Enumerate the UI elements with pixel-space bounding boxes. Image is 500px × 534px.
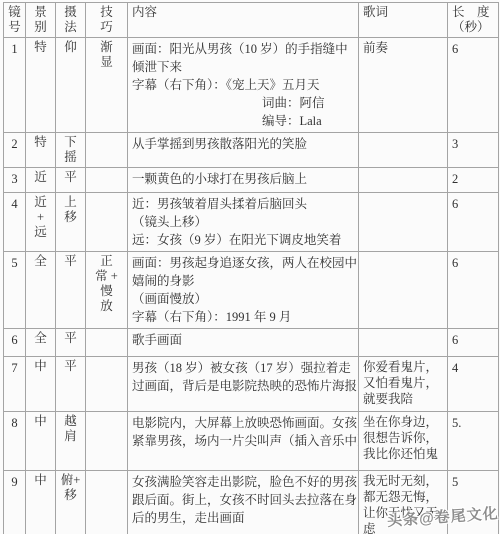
duration-cell: 6: [448, 329, 499, 357]
header-lyrics: 歌词: [359, 3, 448, 38]
content-cell: 一颗黄色的小球打在男孩后脑上: [128, 168, 359, 193]
lyrics-cell: [359, 329, 448, 357]
content-lines: 画面：阳光从男孩（10 岁）的手指缝中倾泄下来字幕（右下角）：《宠上天》五月天: [132, 40, 354, 94]
shot-scale: 近: [26, 168, 56, 193]
storyboard-sheet: 镜号 景别 摄法 技巧 内容 歌词 长 度（秒） 1 特 仰 渐显 画面：阳光从…: [3, 2, 499, 534]
duration-cell: 6: [448, 193, 499, 252]
storyboard-table: 镜号 景别 摄法 技巧 内容 歌词 长 度（秒） 1 特 仰 渐显 画面：阳光从…: [3, 2, 499, 534]
shot-scale: 全: [26, 252, 56, 329]
camera-move: 俯+移: [56, 471, 86, 534]
technique: [86, 168, 128, 193]
credit-lines: 词曲：阿信编导：Lala: [132, 94, 354, 130]
camera-move: 越肩: [56, 412, 86, 471]
lyrics-cell: 前奏: [359, 38, 448, 133]
camera-move: 平: [56, 357, 86, 412]
header-shot-scale: 景别: [26, 3, 56, 38]
technique: 正常 +慢放: [86, 252, 128, 329]
camera-move: 平: [56, 252, 86, 329]
duration-cell: 4: [448, 357, 499, 412]
duration-cell: 5.: [448, 412, 499, 471]
header-row: 镜号 景别 摄法 技巧 内容 歌词 长 度（秒）: [4, 3, 499, 38]
lyrics-cell: [359, 133, 448, 168]
camera-move: 上移: [56, 193, 86, 252]
content-cell: 近：男孩皱着眉头揉着后脑回头（镜头上移）远：女孩（9 岁）在阳光下调皮地笑着: [128, 193, 359, 252]
content-cell: 从手掌摇到男孩散落阳光的笑脸: [128, 133, 359, 168]
table-row: 8 中 越肩 电影院内，大屏幕上放映恐怖画面。女孩紧靠男孩，场内一片尖叫声（插入…: [4, 412, 499, 471]
table-row: 7 中 平 男孩（18 岁）被女孩（17 岁）强拉着走过画面，背后是电影院热映的…: [4, 357, 499, 412]
technique: [86, 471, 128, 534]
technique: [86, 412, 128, 471]
shot-scale: 中: [26, 357, 56, 412]
duration-cell: 2: [448, 168, 499, 193]
table-row: 6 全 平 歌手画面 6: [4, 329, 499, 357]
shot-scale: 中: [26, 412, 56, 471]
header-camera-move: 摄法: [56, 3, 86, 38]
shot-number: 7: [4, 357, 26, 412]
content-cell: 女孩满脸笑容走出影院，脸色不好的男孩跟后面。街上，女孩不时回头去拉落在身后的男生…: [128, 471, 359, 534]
technique: [86, 329, 128, 357]
lyrics-cell: [359, 168, 448, 193]
content-cell: 歌手画面: [128, 329, 359, 357]
content-cell: 画面：阳光从男孩（10 岁）的手指缝中倾泄下来字幕（右下角）：《宠上天》五月天 …: [128, 38, 359, 133]
table-row: 5 全 平 正常 +慢放 画面：男孩起身追逐女孩，两人在校园中嬉闹的身影（画面慢…: [4, 252, 499, 329]
content-cell: 男孩（18 岁）被女孩（17 岁）强拉着走过画面，背后是电影院热映的恐怖片海报: [128, 357, 359, 412]
technique: 渐显: [86, 38, 128, 133]
content-cell: 电影院内，大屏幕上放映恐怖画面。女孩紧靠男孩，场内一片尖叫声（插入音乐中）: [128, 412, 359, 471]
shot-scale: 特: [26, 133, 56, 168]
header-duration: 长 度（秒）: [448, 3, 499, 38]
camera-move: 仰: [56, 38, 86, 133]
table-row: 2 特 下摇 从手掌摇到男孩散落阳光的笑脸 3: [4, 133, 499, 168]
shot-scale: 近+远: [26, 193, 56, 252]
duration-cell: 3: [448, 133, 499, 168]
duration-cell: 6: [448, 252, 499, 329]
lyrics-cell: [359, 252, 448, 329]
lyrics-cell: 你爱看鬼片，又怕看鬼片，就要我陪: [359, 357, 448, 412]
camera-move: 平: [56, 168, 86, 193]
duration-cell: 6: [448, 38, 499, 133]
shot-number: 3: [4, 168, 26, 193]
header-shot-number: 镜号: [4, 3, 26, 38]
shot-scale: 中: [26, 471, 56, 534]
shot-number: 8: [4, 412, 26, 471]
shot-number: 4: [4, 193, 26, 252]
shot-number: 2: [4, 133, 26, 168]
lyrics-cell: 坐在你身边，很想告诉你，我比你还怕鬼: [359, 412, 448, 471]
lyrics-cell: [359, 193, 448, 252]
shot-number: 9: [4, 471, 26, 534]
technique: [86, 133, 128, 168]
camera-move: 平: [56, 329, 86, 357]
camera-move: 下摇: [56, 133, 86, 168]
header-technique: 技巧: [86, 3, 128, 38]
table-row: 4 近+远 上移 近：男孩皱着眉头揉着后脑回头（镜头上移）远：女孩（9 岁）在阳…: [4, 193, 499, 252]
technique: [86, 193, 128, 252]
shot-number: 1: [4, 38, 26, 133]
shot-number: 6: [4, 329, 26, 357]
table-row: 1 特 仰 渐显 画面：阳光从男孩（10 岁）的手指缝中倾泄下来字幕（右下角）：…: [4, 38, 499, 133]
shot-scale: 全: [26, 329, 56, 357]
header-content: 内容: [128, 3, 359, 38]
shot-scale: 特: [26, 38, 56, 133]
table-row: 3 近 平 一颗黄色的小球打在男孩后脑上 2: [4, 168, 499, 193]
shot-number: 5: [4, 252, 26, 329]
content-cell: 画面：男孩起身追逐女孩，两人在校园中嬉闹的身影（画面慢放）字幕（右下角）：199…: [128, 252, 359, 329]
technique: [86, 357, 128, 412]
